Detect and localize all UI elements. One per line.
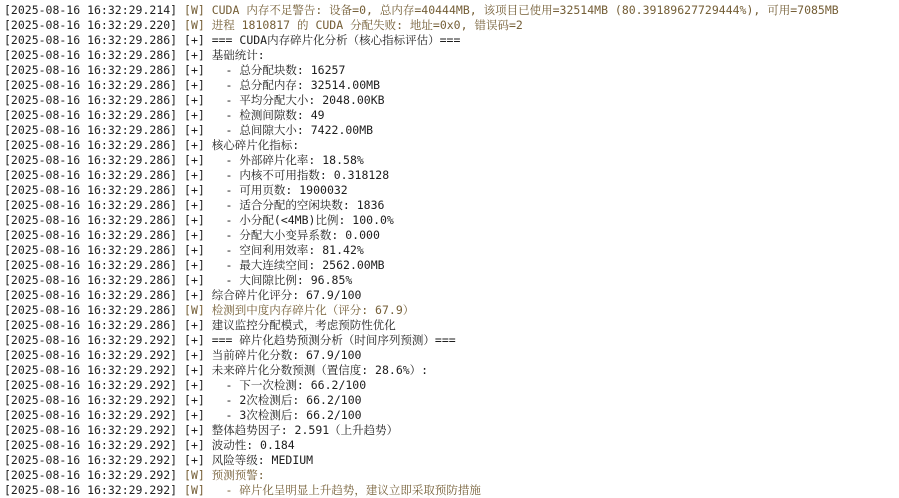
log-line: [2025-08-16 16:32:29.292] [+] 当前碎片化分数: 6… [4, 348, 899, 363]
log-timestamp: [2025-08-16 16:32:29.286] [4, 228, 184, 242]
log-timestamp: [2025-08-16 16:32:29.286] [4, 213, 184, 227]
log-timestamp: [2025-08-16 16:32:29.292] [4, 363, 184, 377]
log-line: [2025-08-16 16:32:29.214] [W] CUDA 内存不足警… [4, 3, 899, 18]
log-timestamp: [2025-08-16 16:32:29.220] [4, 18, 184, 32]
log-line: [2025-08-16 16:32:29.286] [+] 核心碎片化指标: [4, 138, 899, 153]
log-message: [W] 进程 1810817 的 CUDA 分配失败: 地址=0x0, 错误码=… [184, 18, 523, 32]
log-timestamp: [2025-08-16 16:32:29.292] [4, 333, 184, 347]
log-timestamp: [2025-08-16 16:32:29.286] [4, 198, 184, 212]
log-line: [2025-08-16 16:32:29.286] [+] - 总间隙大小: 7… [4, 123, 899, 138]
log-timestamp: [2025-08-16 16:32:29.286] [4, 138, 184, 152]
log-message: [+] 未来碎片化分数预测（置信度: 28.6%）: [184, 363, 428, 377]
log-line: [2025-08-16 16:32:29.286] [+] - 平均分配大小: … [4, 93, 899, 108]
log-timestamp: [2025-08-16 16:32:29.286] [4, 123, 184, 137]
log-message: [+] 基础统计: [184, 48, 265, 62]
log-timestamp: [2025-08-16 16:32:29.286] [4, 258, 184, 272]
log-line: [2025-08-16 16:32:29.286] [+] - 分配大小变异系数… [4, 228, 899, 243]
log-timestamp: [2025-08-16 16:32:29.286] [4, 33, 184, 47]
log-message: [+] - 总分配块数: 16257 [184, 63, 345, 77]
log-message: [+] - 总分配内存: 32514.00MB [184, 78, 380, 92]
log-timestamp: [2025-08-16 16:32:29.286] [4, 153, 184, 167]
log-message: [+] 综合碎片化评分: 67.9/100 [184, 288, 361, 302]
log-line: [2025-08-16 16:32:29.286] [+] - 检测间隙数: 4… [4, 108, 899, 123]
log-line: [2025-08-16 16:32:29.286] [+] - 总分配内存: 3… [4, 78, 899, 93]
log-timestamp: [2025-08-16 16:32:29.286] [4, 183, 184, 197]
log-timestamp: [2025-08-16 16:32:29.286] [4, 288, 184, 302]
log-line: [2025-08-16 16:32:29.286] [+] 综合碎片化评分: 6… [4, 288, 899, 303]
log-message: [+] 当前碎片化分数: 67.9/100 [184, 348, 361, 362]
log-lines: [2025-08-16 16:32:29.214] [W] CUDA 内存不足警… [4, 3, 899, 498]
log-timestamp: [2025-08-16 16:32:29.292] [4, 423, 184, 437]
log-message: [+] 建议监控分配模式，考虑预防性优化 [184, 318, 396, 332]
log-line: [2025-08-16 16:32:29.286] [+] - 最大连续空间: … [4, 258, 899, 273]
log-line: [2025-08-16 16:32:29.292] [+] 未来碎片化分数预测（… [4, 363, 899, 378]
log-timestamp: [2025-08-16 16:32:29.286] [4, 168, 184, 182]
log-message: [+] - 2次检测后: 66.2/100 [184, 393, 362, 407]
log-line: [2025-08-16 16:32:29.286] [+] - 总分配块数: 1… [4, 63, 899, 78]
log-message: [+] 整体趋势因子: 2.591（上升趋势） [184, 423, 398, 437]
log-message: [W] - 碎片化呈明显上升趋势，建议立即采取预防措施 [184, 483, 481, 497]
log-message: [W] 检测到中度内存碎片化（评分: 67.9） [184, 303, 414, 317]
log-message: [+] === CUDA内存碎片化分析（核心指标评估）=== [184, 33, 460, 47]
log-line: [2025-08-16 16:32:29.292] [+] === 碎片化趋势预… [4, 333, 899, 348]
log-message: [+] - 下一次检测: 66.2/100 [184, 378, 366, 392]
log-timestamp: [2025-08-16 16:32:29.292] [4, 378, 184, 392]
log-timestamp: [2025-08-16 16:32:29.286] [4, 318, 184, 332]
log-timestamp: [2025-08-16 16:32:29.286] [4, 273, 184, 287]
log-message: [+] - 外部碎片化率: 18.58% [184, 153, 364, 167]
terminal-log: [2025-08-16 16:32:29.214] [W] CUDA 内存不足警… [0, 0, 899, 498]
log-line: [2025-08-16 16:32:29.286] [W] 检测到中度内存碎片化… [4, 303, 899, 318]
log-line: [2025-08-16 16:32:29.286] [+] 基础统计: [4, 48, 899, 63]
log-line: [2025-08-16 16:32:29.286] [+] - 大间隙比例: 9… [4, 273, 899, 288]
log-message: [+] - 检测间隙数: 49 [184, 108, 325, 122]
log-line: [2025-08-16 16:32:29.286] [+] - 小分配(<4MB… [4, 213, 899, 228]
log-line: [2025-08-16 16:32:29.292] [+] 风险等级: MEDI… [4, 453, 899, 468]
log-line: [2025-08-16 16:32:29.292] [+] 整体趋势因子: 2.… [4, 423, 899, 438]
log-line: [2025-08-16 16:32:29.220] [W] 进程 1810817… [4, 18, 899, 33]
log-line: [2025-08-16 16:32:29.292] [+] - 下一次检测: 6… [4, 378, 899, 393]
log-timestamp: [2025-08-16 16:32:29.292] [4, 408, 184, 422]
log-message: [W] 预测预警: [184, 468, 265, 482]
log-message: [+] - 3次检测后: 66.2/100 [184, 408, 362, 422]
log-message: [+] 波动性: 0.184 [184, 438, 295, 452]
log-message: [+] 核心碎片化指标: [184, 138, 299, 152]
log-line: [2025-08-16 16:32:29.286] [+] === CUDA内存… [4, 33, 899, 48]
log-line: [2025-08-16 16:32:29.292] [W] 预测预警: [4, 468, 899, 483]
log-line: [2025-08-16 16:32:29.286] [+] - 空间利用效率: … [4, 243, 899, 258]
log-line: [2025-08-16 16:32:29.286] [+] - 适合分配的空闲块… [4, 198, 899, 213]
log-line: [2025-08-16 16:32:29.286] [+] - 内核不可用指数:… [4, 168, 899, 183]
log-line: [2025-08-16 16:32:29.292] [+] 波动性: 0.184 [4, 438, 899, 453]
log-timestamp: [2025-08-16 16:32:29.292] [4, 483, 184, 497]
log-line: [2025-08-16 16:32:29.286] [+] - 外部碎片化率: … [4, 153, 899, 168]
log-timestamp: [2025-08-16 16:32:29.286] [4, 243, 184, 257]
log-message: [+] - 内核不可用指数: 0.318128 [184, 168, 389, 182]
log-timestamp: [2025-08-16 16:32:29.292] [4, 453, 184, 467]
log-timestamp: [2025-08-16 16:32:29.286] [4, 78, 184, 92]
log-timestamp: [2025-08-16 16:32:29.292] [4, 393, 184, 407]
log-line: [2025-08-16 16:32:29.286] [+] 建议监控分配模式，考… [4, 318, 899, 333]
log-message: [+] - 总间隙大小: 7422.00MB [184, 123, 373, 137]
log-message: [+] 风险等级: MEDIUM [184, 453, 313, 467]
log-message: [+] - 平均分配大小: 2048.00KB [184, 93, 385, 107]
log-timestamp: [2025-08-16 16:32:29.286] [4, 303, 184, 317]
log-timestamp: [2025-08-16 16:32:29.286] [4, 63, 184, 77]
log-timestamp: [2025-08-16 16:32:29.292] [4, 468, 184, 482]
log-timestamp: [2025-08-16 16:32:29.292] [4, 438, 184, 452]
log-line: [2025-08-16 16:32:29.292] [W] - 碎片化呈明显上升… [4, 483, 899, 498]
log-message: [+] - 空间利用效率: 81.42% [184, 243, 364, 257]
log-message: [+] - 分配大小变异系数: 0.000 [184, 228, 380, 242]
log-timestamp: [2025-08-16 16:32:29.286] [4, 93, 184, 107]
log-message: [+] - 可用页数: 1900032 [184, 183, 348, 197]
log-message: [+] - 小分配(<4MB)比例: 100.0% [184, 213, 394, 227]
log-line: [2025-08-16 16:32:29.286] [+] - 可用页数: 19… [4, 183, 899, 198]
log-timestamp: [2025-08-16 16:32:29.286] [4, 108, 184, 122]
log-message: [+] - 大间隙比例: 96.85% [184, 273, 352, 287]
log-message: [+] - 最大连续空间: 2562.00MB [184, 258, 385, 272]
log-line: [2025-08-16 16:32:29.292] [+] - 2次检测后: 6… [4, 393, 899, 408]
log-timestamp: [2025-08-16 16:32:29.214] [4, 3, 184, 17]
log-message: [+] - 适合分配的空闲块数: 1836 [184, 198, 384, 212]
log-message: [W] CUDA 内存不足警告: 设备=0, 总内存=40444MB, 该项目已… [184, 3, 839, 17]
log-timestamp: [2025-08-16 16:32:29.292] [4, 348, 184, 362]
log-timestamp: [2025-08-16 16:32:29.286] [4, 48, 184, 62]
log-message: [+] === 碎片化趋势预测分析（时间序列预测）=== [184, 333, 456, 347]
log-line: [2025-08-16 16:32:29.292] [+] - 3次检测后: 6… [4, 408, 899, 423]
